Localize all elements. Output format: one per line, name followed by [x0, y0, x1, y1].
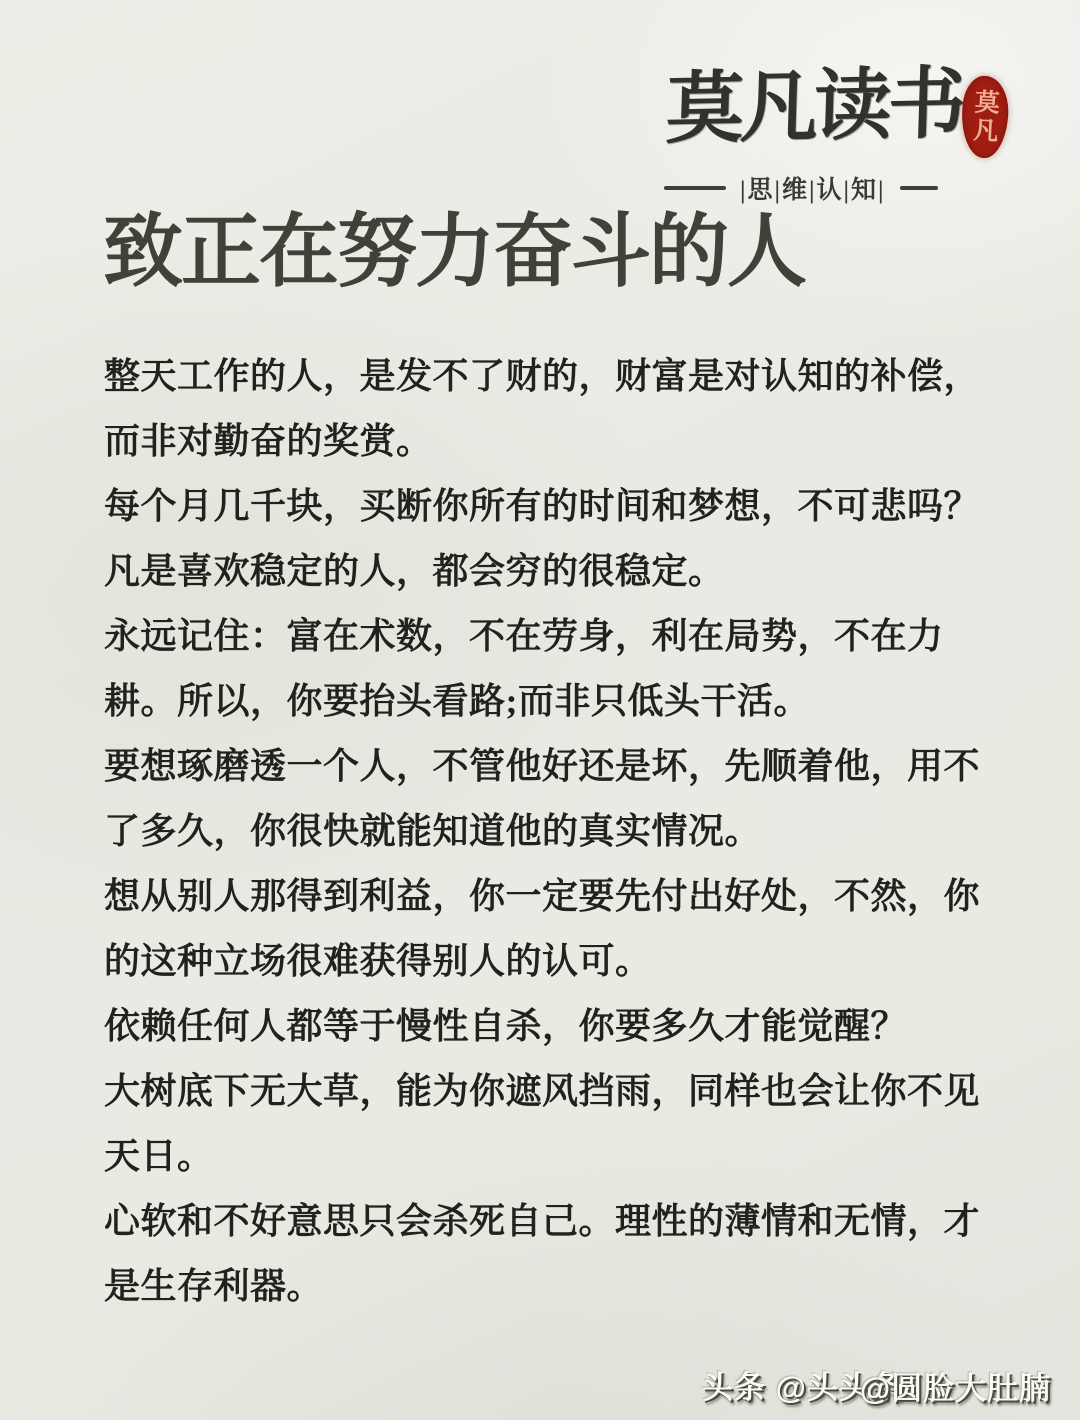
- brand-seal-text: 莫凡: [971, 88, 999, 145]
- article-paragraph: 凡是喜欢稳定的人，都会穷的很稳定。: [104, 539, 1028, 604]
- article-paragraph: 每个月几千块，买断你所有的时间和梦想，不可悲吗？: [104, 474, 1028, 539]
- tagline-rule-left: [664, 186, 726, 190]
- watermark-toutiao-right: @圆脸大肚腩: [860, 1363, 1051, 1408]
- article-paragraph: 整天工作的人，是发不了财的，财富是对认知的补偿， 而非对勤奋的奖赏。: [104, 344, 1028, 474]
- brand-seal-stamp: 莫凡: [960, 75, 1010, 159]
- article-paragraph: 永远记住：富在术数，不在劳身，利在局势，不在力 耕。所以，你要抬头看路;而非只低…: [104, 604, 1028, 734]
- article-paragraph: 想从别人那得到利益，你一定要先付出好处，不然，你 的这种立场很难获得别人的认可。: [104, 864, 1028, 994]
- article-body: 整天工作的人，是发不了财的，财富是对认知的补偿， 而非对勤奋的奖赏。 每个月几千…: [104, 344, 1028, 1319]
- brand-tagline-row: |思|维|认|知|: [664, 170, 966, 206]
- tagline-rule-right: [900, 186, 938, 190]
- article-paragraph: 要想琢磨透一个人，不管他好还是坏，先顺着他，用不 了多久，你很快就能知道他的真实…: [104, 734, 1028, 864]
- article-paragraph: 心软和不好意思只会杀死自己。理性的薄情和无情，才 是生存利器。: [104, 1189, 1028, 1319]
- page-title: 致正在努力奋斗的人: [103, 208, 805, 296]
- article-paragraph: 大树底下无大草，能为你遮风挡雨，同样也会让你不见 天日。: [104, 1059, 1028, 1189]
- brand-logo-text: 莫凡读书: [665, 65, 963, 149]
- brand-tagline: |思|维|认|知|: [740, 170, 886, 206]
- article-paragraph: 依赖任何人都等于慢性自杀，你要多久才能觉醒？: [104, 994, 1028, 1059]
- poster-canvas: 莫凡读书 莫凡 |思|维|认|知| 致正在努力奋斗的人 整天工作的人，是发不了财…: [0, 0, 1080, 1420]
